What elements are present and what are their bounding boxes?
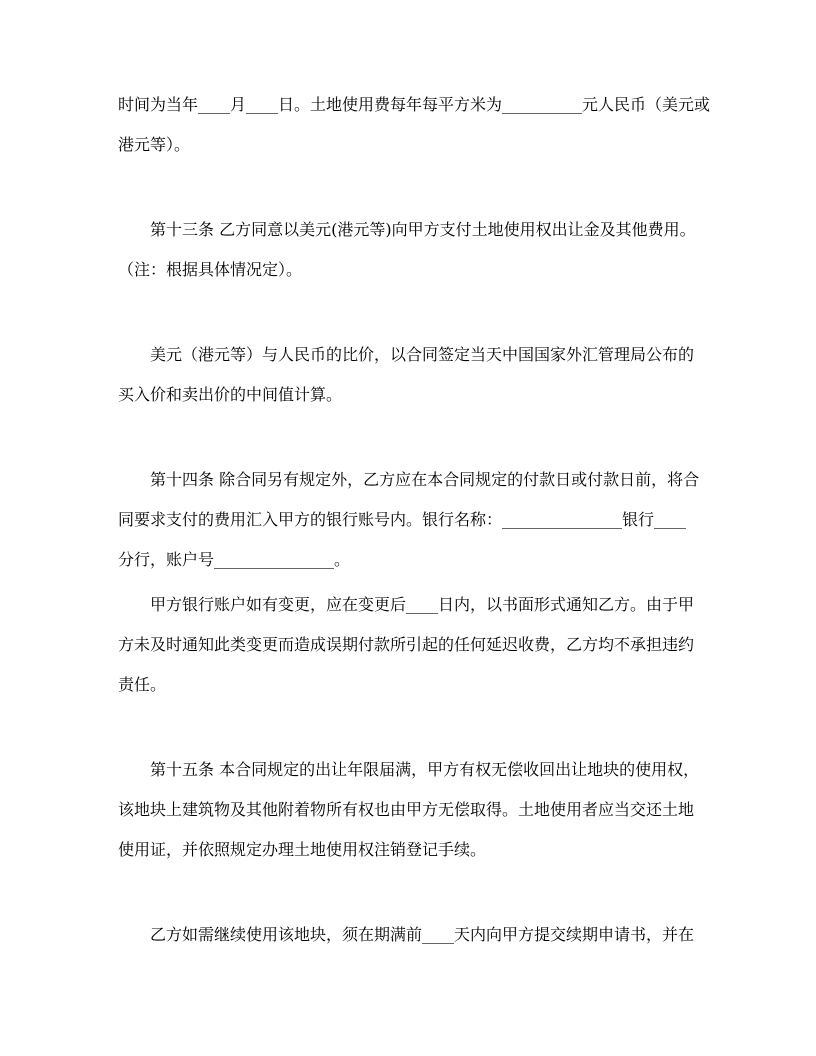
- text-line: 美元（港元等）与人民币的比价，以合同签定当天中国国家外汇管理局公布的: [118, 335, 700, 375]
- text-line: 甲方银行账户如有变更，应在变更后____日内，以书面形式通知乙方。由于甲: [118, 585, 700, 625]
- text-line: 该地块上建筑物及其他附着物所有权也由甲方无偿取得。土地使用者应当交还土地: [118, 790, 700, 830]
- text-line: 同要求支付的费用汇入甲方的银行账号内。银行名称：_______________银…: [118, 500, 700, 540]
- paragraph-gap: [118, 710, 700, 745]
- text-line: （注：根据具体情况定）。: [118, 250, 700, 290]
- document-page: 时间为当年____月____日。土地使用费每年每平方米为__________元人…: [0, 0, 816, 1056]
- paragraph-gap: [118, 875, 700, 910]
- text-line: 使用证，并依照规定办理土地使用权注销登记手续。: [118, 830, 700, 870]
- text-line: 第十三条 乙方同意以美元(港元等)向甲方支付土地使用权出让金及其他费用。: [118, 210, 700, 250]
- document-content: 时间为当年____月____日。土地使用费每年每平方米为__________元人…: [118, 85, 700, 960]
- paragraph-clause-13-exchange-rate: 美元（港元等）与人民币的比价，以合同签定当天中国国家外汇管理局公布的 买入价和卖…: [118, 335, 700, 415]
- text-line: 第十五条 本合同规定的出让年限届满，甲方有权无偿收回出让地块的使用权，: [118, 750, 700, 790]
- text-line: 乙方如需继续使用该地块，须在期满前____天内向甲方提交续期申请书，并在: [118, 915, 700, 955]
- text-line: 买入价和卖出价的中间值计算。: [118, 375, 700, 415]
- text-line: 第十四条 除合同另有规定外，乙方应在本合同规定的付款日或付款日前，将合: [118, 460, 700, 500]
- paragraph-clause-15: 第十五条 本合同规定的出让年限届满，甲方有权无偿收回出让地块的使用权， 该地块上…: [118, 750, 700, 870]
- text-line: 责任。: [118, 665, 700, 705]
- paragraph-clause-12-continuation: 时间为当年____月____日。土地使用费每年每平方米为__________元人…: [118, 85, 700, 165]
- text-line: 分行，账户号_______________。: [118, 540, 700, 580]
- paragraph-clause-14: 第十四条 除合同另有规定外，乙方应在本合同规定的付款日或付款日前，将合 同要求支…: [118, 460, 700, 580]
- paragraph-gap: [118, 170, 700, 205]
- text-line: 时间为当年____月____日。土地使用费每年每平方米为__________元人…: [118, 85, 700, 125]
- paragraph-clause-16-renewal: 乙方如需继续使用该地块，须在期满前____天内向甲方提交续期申请书，并在: [118, 915, 700, 955]
- text-line: 方未及时通知此类变更而造成误期付款所引起的任何延迟收费，乙方均不承担违约: [118, 625, 700, 665]
- paragraph-gap: [118, 420, 700, 455]
- text-line: 港元等）。: [118, 125, 700, 165]
- paragraph-clause-13: 第十三条 乙方同意以美元(港元等)向甲方支付土地使用权出让金及其他费用。 （注：…: [118, 210, 700, 290]
- paragraph-gap: [118, 295, 700, 330]
- paragraph-clause-14-bank-account-change: 甲方银行账户如有变更，应在变更后____日内，以书面形式通知乙方。由于甲 方未及…: [118, 585, 700, 705]
